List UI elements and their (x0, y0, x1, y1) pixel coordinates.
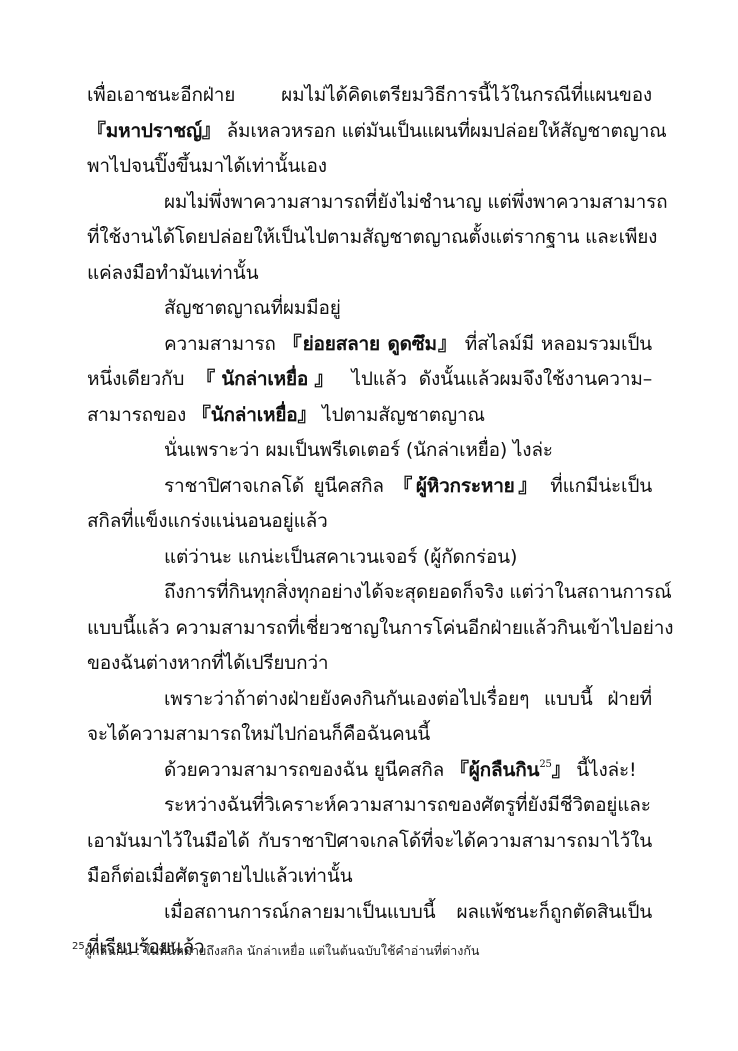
text-line-2: 『มหาปราชญ์』 ล้มเหลวหรอก แต่มันเป็นแผนที่… (87, 114, 652, 150)
text-line-12: ราชาปิศาจเกลโด้ ยูนีคสกิล 『ผู้หิวกระหาย』… (87, 469, 652, 505)
text-line-7: สัญชาตญาณที่ผมมีอยู่ (87, 291, 652, 327)
footnote-text: ผู้กลืนกิน : ในที่นี้หมายถึงสกิล นักล่าเ… (85, 943, 480, 958)
text-run: มือก็ต่อเมื่อศัตรูตายไปแล้วเท่านั้น (87, 865, 352, 887)
text-run: สามารถของ (87, 404, 192, 426)
text-run: หนึ่งเดียวกับ (87, 368, 196, 390)
text-line-21: ระหว่างฉันที่วิเคราะห์ความสามารถของศัตรู… (87, 788, 652, 824)
text-line-22: เอามันมาไว้ในมือได้ กับราชาปิศาจเกลโด้ที… (87, 824, 652, 860)
text-line-15: ถึงการที่กินทุกสิ่งทุกอย่างได้จะสุดยอดก็… (87, 575, 652, 611)
text-run: สัญชาตญาณที่ผมมีอยู่ (164, 297, 341, 319)
footnote-number: 25 (72, 941, 85, 952)
text-run: ความสามารถ (164, 333, 283, 355)
text-run: เพราะว่าถ้าต่างฝ่ายยังคงกินกันเองต่อไปเร… (164, 688, 652, 710)
text-line-14: แต่ว่านะ แกน่ะเป็นสคาเวนเจอร์ (ผู้กัดกร่… (87, 540, 652, 576)
text-line-5: ที่ใช้งานได้โดยปล่อยให้เป็นไปตามสัญชาตญา… (87, 220, 652, 256)
text-line-11: นั่นเพราะว่า ผมเป็นพรีเดเตอร์ (นักล่าเหย… (87, 433, 652, 469)
text-run: พาไปจนปิ๊งขึ้นมาได้เท่านั้นเอง (87, 155, 327, 177)
text-line-1: เพื่อเอาชนะอีกฝ่าย ผมไม่ได้คิดเตรียมวิธี… (87, 78, 652, 114)
text-run: แค่ลงมือทำมันเท่านั้น (87, 262, 258, 284)
text-line-19: จะได้ความสามารถใหม่ไปก่อนก็คือฉันคนนี้ (87, 717, 652, 753)
text-run: แบบนี้แล้ว ความสามารถที่เชี่ยวชาญในการโค… (87, 617, 673, 639)
skill-name-gluttony: 『ผู้กลืนกิน25』 (450, 759, 571, 781)
text-line-13: สกิลที่แข็งแกร่งแน่นอนอยู่แล้ว (87, 504, 652, 540)
document-body: เพื่อเอาชนะอีกฝ่าย ผมไม่ได้คิดเตรียมวิธี… (87, 78, 652, 966)
text-line-9: หนึ่งเดียวกับ 『นักล่าเหยื่อ』 ไปแล้ว ดังน… (87, 362, 652, 398)
text-run: ราชาปิศาจเกลโด้ ยูนีคสกิล (164, 475, 393, 497)
text-run: นี้ไงล่ะ! (570, 759, 636, 781)
text-run: ผมไม่พึ่งพาความสามารถที่ยังไม่ชำนาญ แต่พ… (164, 191, 667, 213)
closing-bracket: 』 (552, 759, 571, 781)
text-run: ไปแล้ว ดังนั้นแล้วผมจึงใช้งานความ– (339, 368, 652, 390)
text-run: เอามันมาไว้ในมือได้ กับราชาปิศาจเกลโด้ที… (87, 830, 652, 852)
text-run: แต่ว่านะ แกน่ะเป็นสคาเวนเจอร์ (ผู้กัดกร่… (164, 546, 517, 568)
text-line-18: เพราะว่าถ้าต่างฝ่ายยังคงกินกันเองต่อไปเร… (87, 682, 652, 718)
text-line-23: มือก็ต่อเมื่อศัตรูตายไปแล้วเท่านั้น (87, 859, 652, 895)
text-run: นั่นเพราะว่า ผมเป็นพรีเดเตอร์ (นักล่าเหย… (164, 439, 553, 461)
text-run: ถึงการที่กินทุกสิ่งทุกอย่างได้จะสุดยอดก็… (164, 581, 672, 603)
text-run: ที่สไลม์มี หลอมรวมเป็น (458, 333, 652, 355)
text-line-8: ความสามารถ 『ย่อยสลาย ดูดซึม』 ที่สไลม์มี … (87, 327, 652, 363)
text-line-24: เมื่อสถานการณ์กลายมาเป็นแบบนี้ ผลแพ้ชนะก… (87, 895, 652, 931)
skill-name-predator: 『นักล่าเหยื่อ』 (196, 368, 339, 390)
skill-name-text: 『ผู้กลืนกิน (450, 759, 539, 781)
text-run: ไปตามสัญชาตญาณ (316, 404, 485, 426)
text-run: เมื่อสถานการณ์กลายมาเป็นแบบนี้ ผลแพ้ชนะก… (164, 901, 652, 923)
skill-name-maha-prat: 『มหาปราชญ์』 (87, 120, 221, 142)
text-run: ที่ใช้งานได้โดยปล่อยให้เป็นไปตามสัญชาตญา… (87, 226, 657, 248)
text-line-3: พาไปจนปิ๊งขึ้นมาได้เท่านั้นเอง (87, 149, 652, 185)
text-run: ที่แกมีน่ะเป็น (541, 475, 652, 497)
skill-name-predator: 『นักล่าเหยื่อ』 (192, 404, 316, 426)
footnote: 25ผู้กลืนกิน : ในที่นี้หมายถึงสกิล นักล่… (72, 942, 479, 960)
footnote-ref[interactable]: 25 (539, 759, 551, 770)
text-run: จะได้ความสามารถใหม่ไปก่อนก็คือฉันคนนี้ (87, 723, 430, 745)
text-line-10: สามารถของ 『นักล่าเหยื่อ』 ไปตามสัญชาตญาณ (87, 398, 652, 434)
text-line-16: แบบนี้แล้ว ความสามารถที่เชี่ยวชาญในการโค… (87, 611, 652, 647)
text-run: ด้วยความสามารถของฉัน ยูนีคสกิล (164, 759, 450, 781)
text-run: ล้มเหลวหรอก แต่มันเป็นแผนที่ผมปล่อยให้สั… (221, 120, 667, 142)
text-run: ระหว่างฉันที่วิเคราะห์ความสามารถของศัตรู… (164, 794, 651, 816)
text-line-4: ผมไม่พึ่งพาความสามารถที่ยังไม่ชำนาญ แต่พ… (87, 185, 652, 221)
text-run: เพื่อเอาชนะอีกฝ่าย ผมไม่ได้คิดเตรียมวิธี… (87, 84, 652, 106)
text-line-17: ของฉันต่างหากที่ได้เปรียบกว่า (87, 646, 652, 682)
skill-name-starved: 『ผู้หิวกระหาย』 (393, 475, 540, 497)
text-line-20: ด้วยความสามารถของฉัน ยูนีคสกิล 『ผู้กลืนก… (87, 753, 652, 789)
skill-name-digest-absorb: 『ย่อยสลาย ดูดซึม』 (283, 333, 458, 355)
text-run: ของฉันต่างหากที่ได้เปรียบกว่า (87, 652, 328, 674)
text-run: สกิลที่แข็งแกร่งแน่นอนอยู่แล้ว (87, 510, 328, 532)
text-line-6: แค่ลงมือทำมันเท่านั้น (87, 256, 652, 292)
